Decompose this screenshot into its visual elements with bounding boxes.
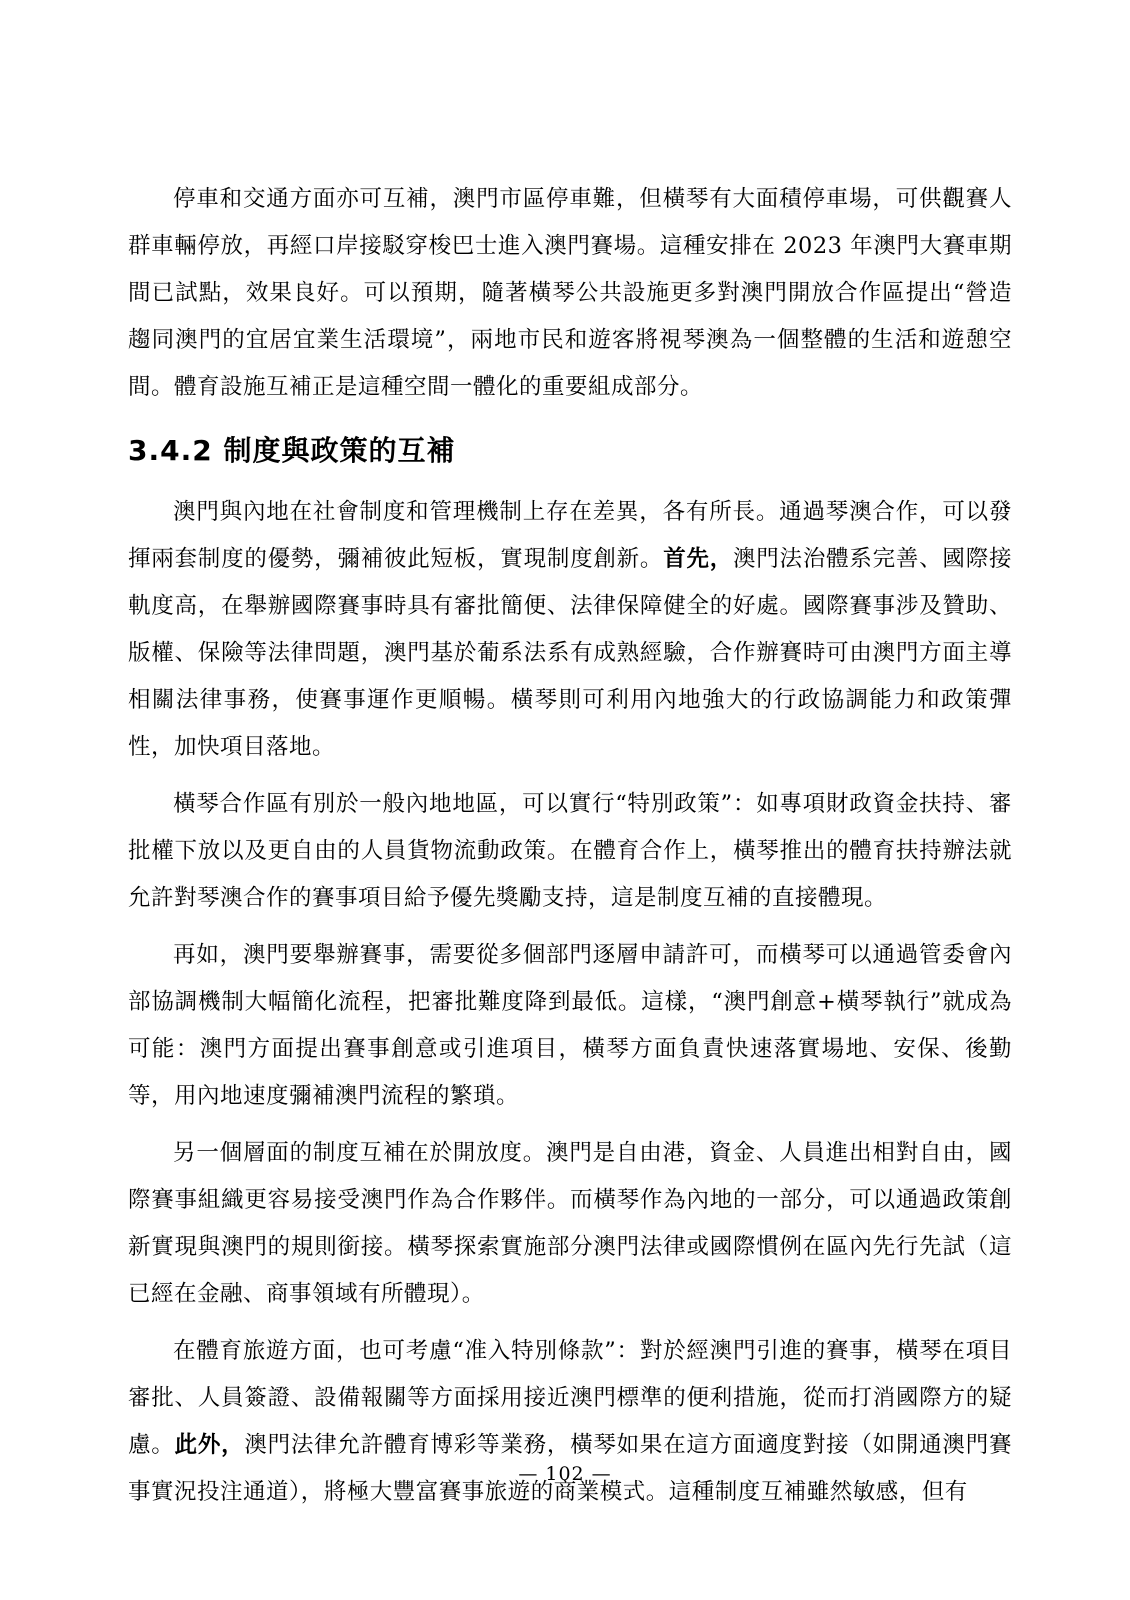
- text-run: 澳門法治體系完善、國際接軌度高，在舉辦國際賽事時具有審批簡便、法律保障健全的好處…: [128, 546, 1012, 760]
- bold-text-run: 首先，: [663, 546, 733, 572]
- paragraph-special-policy: 橫琴合作區有別於一般內地地區，可以實行“特別政策”：如專項財政資金扶持、審批權下…: [128, 781, 1012, 922]
- paragraph-parking-transport: 停車和交通方面亦可互補，澳門市區停車難，但橫琴有大面積停車場，可供觀賽人群車輛停…: [128, 176, 1012, 411]
- document-page: 停車和交通方面亦可互補，澳門市區停車難，但橫琴有大面積停車場，可供觀賽人群車輛停…: [0, 0, 1130, 1600]
- section-heading-3-4-2: 3.4.2 制度與政策的互補: [128, 433, 1012, 469]
- text-run: 另一個層面的制度互補在於開放度。澳門是自由港，資金、人員進出相對自由，國際賽事組…: [128, 1140, 1012, 1307]
- paragraph-sports-tourism: 在體育旅遊方面，也可考慮“准入特別條款”：對於經澳門引進的賽事，橫琴在項目審批、…: [128, 1328, 1012, 1516]
- text-run: 橫琴合作區有別於一般內地地區，可以實行“特別政策”：如專項財政資金扶持、審批權下…: [128, 791, 1012, 911]
- document-content: 停車和交通方面亦可互補，澳門市區停車難，但橫琴有大面積停車場，可供觀賽人群車輛停…: [128, 176, 1012, 1526]
- page-number: — 102 —: [0, 1462, 1130, 1486]
- paragraph-approval-process: 再如，澳門要舉辦賽事，需要從多個部門逐層申請許可，而橫琴可以通過管委會內部協調機…: [128, 932, 1012, 1120]
- bold-text-run: 此外，: [175, 1432, 245, 1458]
- text-run: 停車和交通方面亦可互補，澳門市區停車難，但橫琴有大面積停車場，可供觀賽人群車輛停…: [128, 186, 1012, 400]
- paragraph-system-differences: 澳門與內地在社會制度和管理機制上存在差異，各有所長。通過琴澳合作，可以發揮兩套制…: [128, 489, 1012, 771]
- text-run: 再如，澳門要舉辦賽事，需要從多個部門逐層申請許可，而橫琴可以通過管委會內部協調機…: [128, 942, 1012, 1109]
- paragraph-openness: 另一個層面的制度互補在於開放度。澳門是自由港，資金、人員進出相對自由，國際賽事組…: [128, 1130, 1012, 1318]
